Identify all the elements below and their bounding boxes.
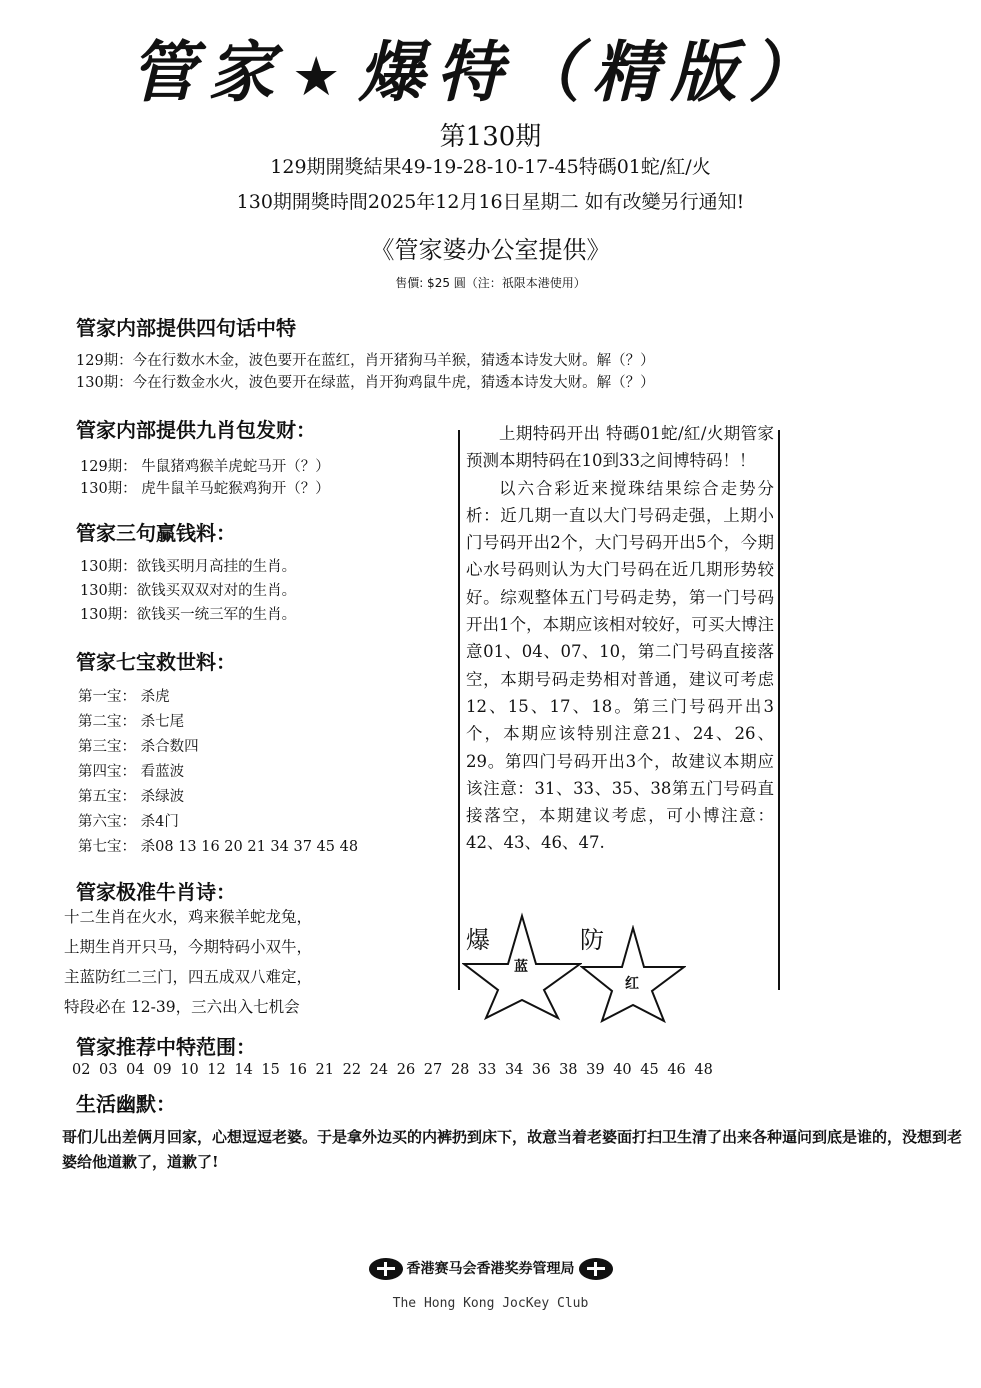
three-lines-heading: 管家三句赢钱料： [76, 517, 236, 546]
footer-org-cn: 香港赛马会香港奖券管理局 [407, 1261, 575, 1277]
four-lines-heading: 管家内部提供四句话中特 [76, 312, 296, 341]
treasure-row: 第一宝： 杀虎 [78, 686, 170, 708]
three-lines-row: 130期：欲钱买一统三军的生肖。 [80, 604, 296, 626]
three-lines-row: 130期：欲钱买双双对对的生肖。 [80, 580, 296, 602]
poem-line: 上期生肖开只马，今期特码小双牛， [64, 932, 312, 962]
poem-heading: 管家极准牛肖诗： [76, 876, 236, 905]
burst-star-icon: 蓝 [462, 912, 582, 1022]
burst-color: 蓝 [514, 956, 528, 976]
price-line: 售價: $25 圓（注：祇限本港使用） [0, 274, 981, 291]
range-numbers: 02 03 04 09 10 12 14 15 16 21 22 24 26 2… [72, 1062, 713, 1078]
nine-zodiac-row: 129期： 牛鼠猪鸡猴羊虎蛇马开（？） [80, 456, 330, 478]
three-lines-row: 130期：欲钱买明月高挂的生肖。 [80, 556, 296, 578]
humor-text: 哥们儿出差俩月回家，心想逗逗老婆。于是拿外边买的内裤扔到床下，故意当着老婆面打扫… [62, 1125, 962, 1175]
page-title: 管家★爆特（精版） [130, 28, 850, 118]
poem-line: 主蓝防红二三门，四五成双八难定， [64, 962, 312, 992]
analysis-para-1: 上期特码开出 特碼01蛇/紅/火期管家预测本期特码在10到33之间博特码！！ [466, 420, 774, 475]
treasure-row: 第五宝： 杀绿波 [78, 786, 184, 808]
draw-time: 130期開獎時間2025年12月16日星期二 如有改變另行通知! [0, 187, 981, 214]
issue-number: 第130期 [0, 116, 981, 153]
humor-heading: 生活幽默： [76, 1088, 176, 1117]
treasure-row: 第三宝： 杀合数四 [78, 736, 199, 758]
treasure-row: 第二宝： 杀七尾 [78, 711, 184, 733]
guard-star-icon: 红 [580, 925, 686, 1025]
treasure-row: 第四宝： 看蓝波 [78, 761, 184, 783]
guard-color: 红 [625, 973, 639, 993]
nine-zodiac-heading: 管家内部提供九肖包发财： [76, 414, 316, 443]
star-icon: ★ [292, 45, 352, 108]
jockey-club-logo-icon [369, 1258, 403, 1280]
treasure-row: 第六宝： 杀4门 [78, 811, 179, 833]
four-lines-row: 130期：今在行数金水火，波色要开在绿蓝，肖开狗鸡鼠牛虎，猜透本诗发大财。解（？… [76, 372, 655, 394]
four-lines-row: 129期：今在行数水木金，波色要开在蓝红，肖开猪狗马羊猴，猜透本诗发大财。解（？… [76, 350, 655, 372]
provider-line: 《管家婆办公室提供》 [0, 230, 981, 265]
title-text-2: 爆特（精版） [358, 34, 826, 111]
treasure-row: 第七宝： 杀08 13 16 20 21 34 37 45 48 [78, 836, 358, 858]
footer-org-en: The Hong Kong JocKey Club [0, 1296, 981, 1311]
analysis-text: 上期特码开出 特碼01蛇/紅/火期管家预测本期特码在10到33之间博特码！！ 以… [466, 420, 774, 857]
nine-zodiac-row: 130期： 虎牛鼠羊马蛇猴鸡狗开（？） [80, 478, 330, 500]
range-heading: 管家推荐中特范围： [76, 1031, 256, 1060]
title-text-1: 管家 [130, 34, 286, 111]
poem-line: 特段必在 12-39，三六出入七机会 [64, 992, 300, 1022]
seven-treasures-heading: 管家七宝救世料： [76, 646, 236, 675]
poem-line: 十二生肖在火水，鸡来猴羊蛇龙兔， [64, 902, 312, 932]
jockey-club-logo-icon [579, 1258, 613, 1280]
analysis-para-2: 以六合彩近来搅珠结果综合走势分析：近几期一直以大门号码走强，上期小门号码开出2个… [466, 475, 774, 857]
last-draw-result: 129期開獎結果49-19-28-10-17-45特碼01蛇/紅/火 [0, 152, 981, 179]
footer-org: 香港赛马会香港奖券管理局 [0, 1258, 981, 1280]
